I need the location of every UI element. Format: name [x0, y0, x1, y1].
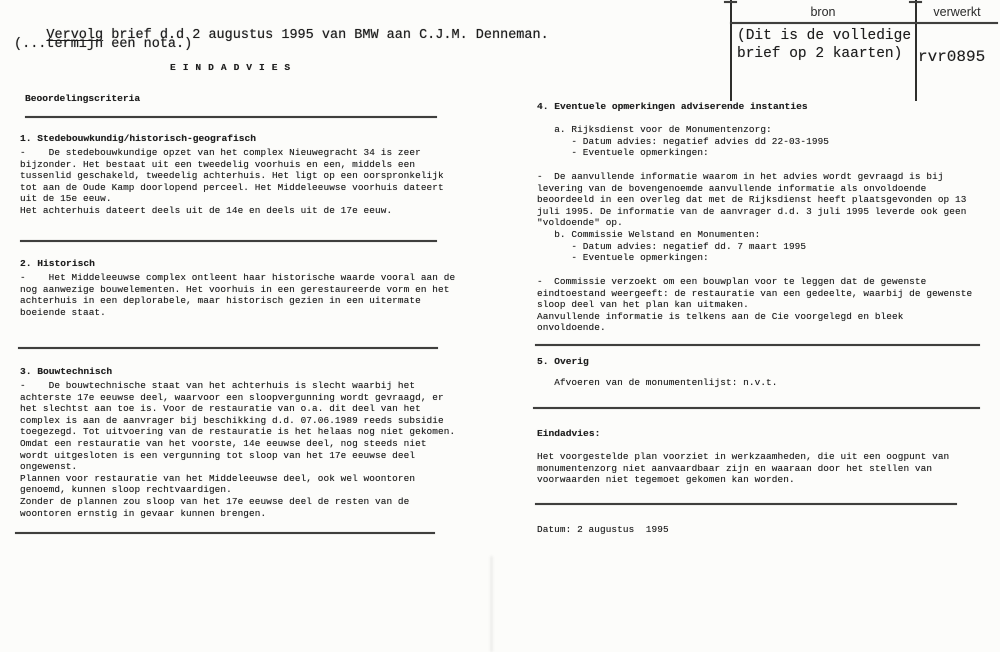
datum-line: Datum: 2 augustus 1995: [537, 524, 669, 536]
verwerkt-column-header: verwerkt: [916, 5, 998, 19]
section-5-body: Afvoeren van de monumentenlijst: n.v.t.: [537, 377, 992, 389]
section-3-heading: 3. Bouwtechnisch: [20, 366, 112, 378]
eindadvies-heading: Eindadvies:: [537, 428, 600, 440]
section-4-heading: 4. Eventuele opmerkingen adviserende ins…: [537, 101, 808, 113]
divider-right-2: [533, 407, 980, 409]
stamp-box-middle-cap: [909, 1, 922, 3]
section-2-body: - Het Middeleeuwse complex ontleent haar…: [20, 272, 460, 318]
section-2-heading: 2. Historisch: [20, 258, 95, 270]
scan-crease-artifact: [490, 556, 493, 652]
divider-right-1: [535, 344, 980, 346]
divider-left-4: [15, 532, 435, 534]
section-4-item-b: b. Commissie Welstand en Monumenten: - D…: [537, 229, 992, 264]
scanned-document-page: Vervolg brief d.d 2 augustus 1995 van BM…: [0, 0, 1000, 652]
stamp-code: rvr0895: [918, 48, 985, 66]
stamp-box-header-divider: [730, 22, 998, 24]
section-1-body: - De stedebouwkundige opzet van het comp…: [20, 147, 460, 217]
section-4-item-a: a. Rijksdienst voor de Monumentenzorg: -…: [537, 124, 992, 159]
section-4-remark-b: - Commissie verzoekt om een bouwplan voo…: [537, 276, 992, 334]
section-5-heading: 5. Overig: [537, 356, 589, 368]
section-4-remark-a: - De aanvullende informatie waarom in he…: [537, 171, 992, 229]
section-3-body: - De bouwtechnische staat van het achter…: [20, 380, 465, 519]
stamp-note: (Dit is de volledige brief op 2 kaarten): [737, 28, 911, 63]
document-subtitle: (...termijn een nota.): [14, 37, 192, 53]
divider-left-2: [20, 240, 437, 242]
divider-right-3: [535, 503, 957, 505]
criteria-label: Beoordelingscriteria: [25, 93, 140, 105]
section-1-heading: 1. Stedebouwkundig/historisch-geografisc…: [20, 133, 256, 145]
eindadvies-main-heading: E I N D A D V I E S: [170, 62, 291, 73]
stamp-box-left-cap: [724, 1, 737, 3]
bron-column-header: bron: [731, 5, 915, 19]
divider-left-1: [25, 116, 437, 118]
divider-left-3: [18, 347, 438, 349]
eindadvies-body: Het voorgestelde plan voorziet in werkza…: [537, 451, 992, 486]
